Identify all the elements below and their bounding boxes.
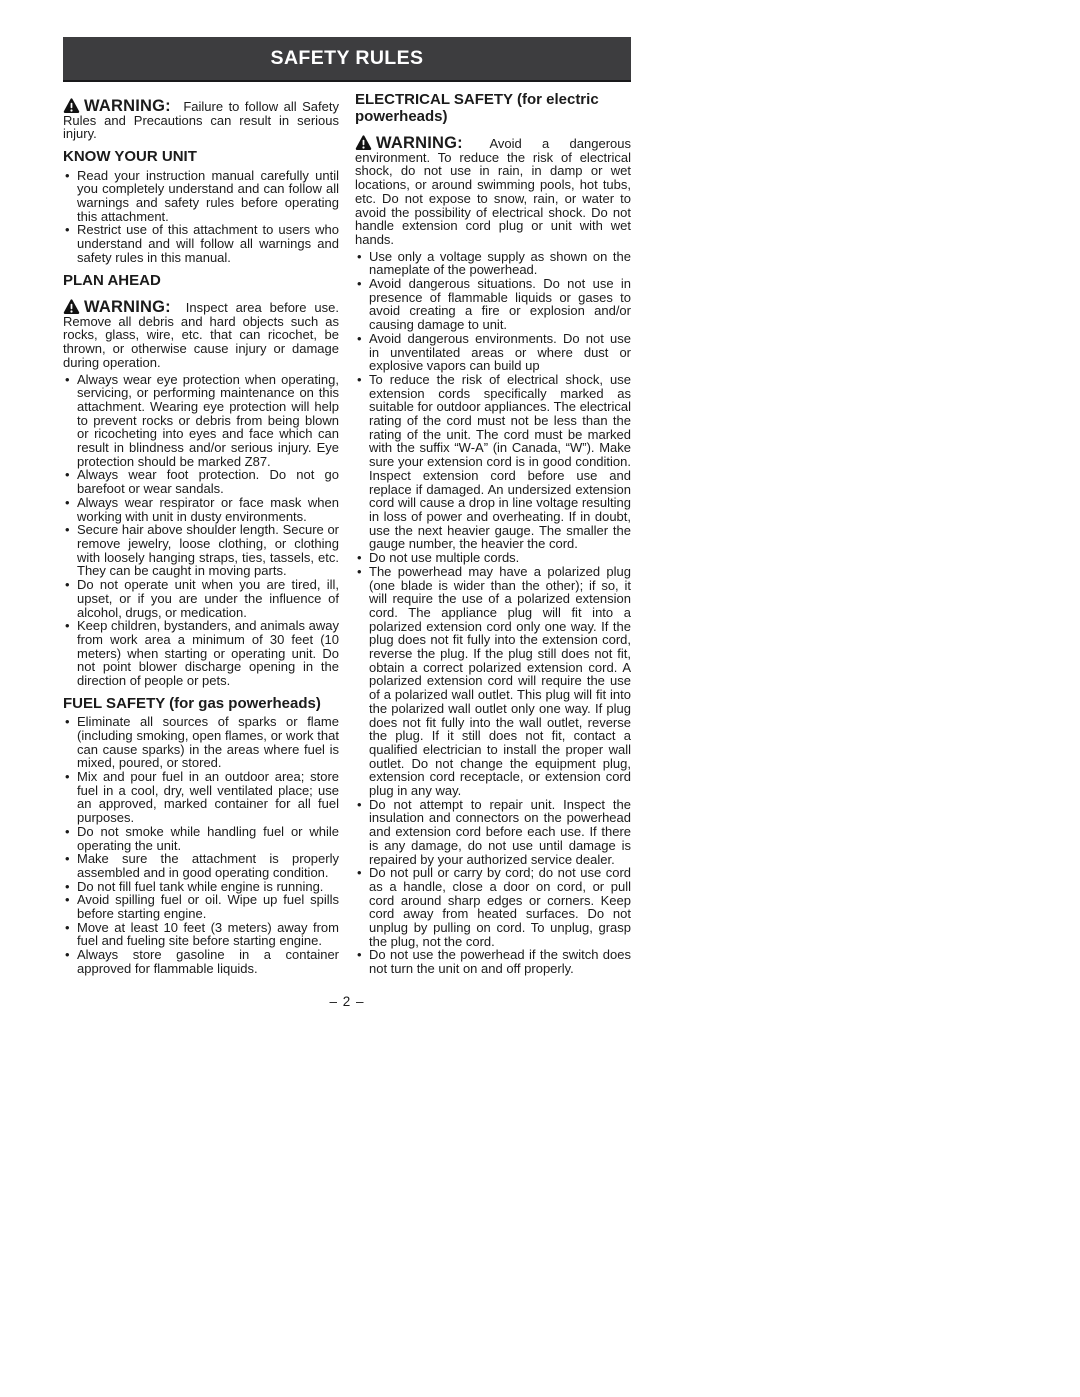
- page-title: SAFETY RULES: [271, 47, 424, 70]
- two-column-layout: WARNING: Failure to follow all Safety Ru…: [63, 84, 631, 977]
- section-heading-electrical-safety: ELECTRICAL SAFETY (for electric powerhea…: [355, 92, 631, 125]
- page-number: – 2 –: [63, 994, 631, 1009]
- bullet-item: Always wear foot protection. Do not go b…: [63, 468, 339, 495]
- bullet-item: Keep children, bystanders, and animals a…: [63, 619, 339, 688]
- bullet-item: Avoid dangerous situations. Do not use i…: [355, 277, 631, 332]
- bullet-item: Do not use multiple cords.: [355, 551, 631, 565]
- warning-triangle-icon: [63, 299, 80, 315]
- bullet-item: Always wear respirator or face mask when…: [63, 496, 339, 523]
- bullet-item: Do not operate unit when you are tired, …: [63, 578, 339, 619]
- bullet-item: Avoid dangerous environments. Do not use…: [355, 332, 631, 373]
- bullet-item: Move at least 10 feet (3 meters) away fr…: [63, 921, 339, 948]
- bullet-item: Avoid spilling fuel or oil. Wipe up fuel…: [63, 893, 339, 920]
- plan-ahead-list: Always wear eye protection when operatin…: [63, 373, 339, 688]
- section-heading-fuel-safety: FUEL SAFETY (for gas powerheads): [63, 696, 339, 713]
- bullet-item: Eliminate all sources of sparks or flame…: [63, 715, 339, 770]
- bullet-item: The powerhead may have a polarized plug …: [355, 565, 631, 798]
- electrical-safety-list: Use only a voltage supply as shown on th…: [355, 250, 631, 976]
- manual-page: SAFETY RULES WARNING: Failure to follow …: [63, 37, 631, 1009]
- fuel-safety-list: Eliminate all sources of sparks or flame…: [63, 715, 339, 975]
- bullet-item: Restrict use of this attachment to users…: [63, 223, 339, 264]
- bullet-item: Always wear eye protection when operatin…: [63, 373, 339, 469]
- bullet-item: Secure hair above shoulder length. Secur…: [63, 523, 339, 578]
- bullet-item: Do not fill fuel tank while engine is ru…: [63, 880, 339, 894]
- bullet-item: Read your instruction manual carefully u…: [63, 169, 339, 224]
- section-title-bar: SAFETY RULES: [63, 37, 631, 82]
- bullet-item: Do not use the powerhead if the switch d…: [355, 948, 631, 975]
- bullet-item: Do not attempt to repair unit. Inspect t…: [355, 798, 631, 867]
- left-column: WARNING: Failure to follow all Safety Ru…: [63, 84, 339, 977]
- bullet-item: Do not pull or carry by cord; do not use…: [355, 866, 631, 948]
- electrical-warning-paragraph: WARNING: Avoid a dangerous environment. …: [355, 135, 631, 247]
- warning-triangle-icon: [355, 135, 372, 151]
- section-heading-plan-ahead: PLAN AHEAD: [63, 273, 339, 290]
- intro-warning-paragraph: WARNING: Failure to follow all Safety Ru…: [63, 98, 339, 141]
- section-heading-know-your-unit: KNOW YOUR UNIT: [63, 149, 339, 166]
- bullet-item: To reduce the risk of electrical shock, …: [355, 373, 631, 551]
- warning-triangle-icon: [63, 98, 80, 114]
- right-column: ELECTRICAL SAFETY (for electric powerhea…: [355, 84, 631, 977]
- bullet-item: Always store gasoline in a container app…: [63, 948, 339, 975]
- bullet-item: Make sure the attachment is properly ass…: [63, 852, 339, 879]
- know-your-unit-list: Read your instruction manual carefully u…: [63, 169, 339, 265]
- plan-ahead-warning-paragraph: WARNING: Inspect area before use. Remove…: [63, 299, 339, 370]
- bullet-item: Do not smoke while handling fuel or whil…: [63, 825, 339, 852]
- warning-text: Avoid a dangerous environment. To reduce…: [355, 136, 631, 247]
- bullet-item: Mix and pour fuel in an outdoor area; st…: [63, 770, 339, 825]
- bullet-item: Use only a voltage supply as shown on th…: [355, 250, 631, 277]
